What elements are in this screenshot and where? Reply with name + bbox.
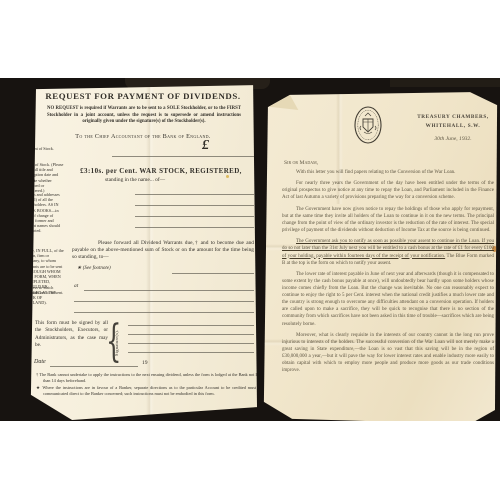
margin-label-holders: Names and addresses (in full) of all the… xyxy=(30,192,64,234)
name-line xyxy=(135,216,254,217)
address-line xyxy=(74,312,254,313)
address-line xyxy=(84,290,254,291)
name-line xyxy=(135,227,254,228)
salutation: Sir or Madam, xyxy=(284,160,318,166)
letterhead-address: WHITEHALL, S.W. xyxy=(412,123,494,129)
royal-coat-of-arms-seal-icon xyxy=(354,106,382,144)
signature-line xyxy=(128,343,254,344)
margin-label-amount: Amount of Stock. xyxy=(30,146,64,151)
signature-line xyxy=(128,325,254,326)
stock-title: £3:10s. per Cent. WAR STOCK, REGISTERED, xyxy=(70,167,252,175)
payee-line xyxy=(172,273,254,274)
margin-label-address: Address to which Warrants are to be sent… xyxy=(30,285,64,295)
year-prefix: 19 xyxy=(142,360,148,366)
form-title: REQUEST FOR PAYMENT OF DIVIDENDS. xyxy=(40,91,246,101)
letterhead-office: TREASURY CHAMBERS, xyxy=(412,114,494,120)
signing-instruction: This form must be signed by all the Stoc… xyxy=(35,320,108,350)
signature-label: Signature(s). xyxy=(114,330,119,356)
letter-paragraph: The Government have now given notice to … xyxy=(282,206,494,234)
letter-paragraph: For nearly three years the Government of… xyxy=(282,180,494,201)
amount-line xyxy=(112,156,254,157)
letter-body: With this letter you will find papers re… xyxy=(282,169,494,379)
date-line xyxy=(50,366,138,367)
dividend-request-form: REQUEST FOR PAYMENT OF DIVIDENDS. NO REQ… xyxy=(30,80,260,420)
background-glare xyxy=(390,78,500,87)
date-label: Date xyxy=(34,359,46,365)
letter-date: 30th June, 1932. xyxy=(412,136,494,142)
footnote-star: ★ Where the instructions are in favour o… xyxy=(36,385,260,396)
letter-paragraph: The lower rate of interest payable in Ju… xyxy=(282,271,494,328)
name-line xyxy=(135,194,254,195)
letter-paragraph: The Government ask you to notify as soon… xyxy=(282,238,494,266)
form-notice: NO REQUEST is required if Warrants are t… xyxy=(47,106,241,126)
foxing-spot xyxy=(226,175,229,178)
margin-label-stock-name: Name of Stock. (Please give full title a… xyxy=(30,162,64,193)
standing-in-name-text: standing in the name... of— xyxy=(105,177,165,183)
address-line xyxy=(74,301,254,302)
treasury-conversion-letter: TREASURY CHAMBERS, WHITEHALL, S.W. 30th … xyxy=(262,84,499,421)
see-footnote-marker: ★ (See footnote) xyxy=(77,265,111,271)
pound-sign: £ xyxy=(202,138,209,154)
folded-corner xyxy=(266,93,300,113)
name-line xyxy=(135,205,254,206)
footnote-dagger: † The Bank cannot undertake to apply the… xyxy=(36,372,260,383)
at-label: at xyxy=(74,283,78,289)
form-addressee: To the Chief Accountant of the Bank of E… xyxy=(40,133,246,140)
forward-warrants-text: Please forward all Dividend Warrants due… xyxy=(72,240,254,261)
letter-paragraph: Moreover, what is clearly requisite in t… xyxy=(282,332,494,375)
margin-label-payee: Name, IN FULL, of the person, firm or co… xyxy=(30,248,64,305)
signature-line xyxy=(128,334,254,335)
letter-paragraph: With this letter you will find papers re… xyxy=(282,169,494,176)
signature-line xyxy=(128,352,254,353)
auction-photo-two-documents: REQUEST FOR PAYMENT OF DIVIDENDS. NO REQ… xyxy=(0,78,500,421)
